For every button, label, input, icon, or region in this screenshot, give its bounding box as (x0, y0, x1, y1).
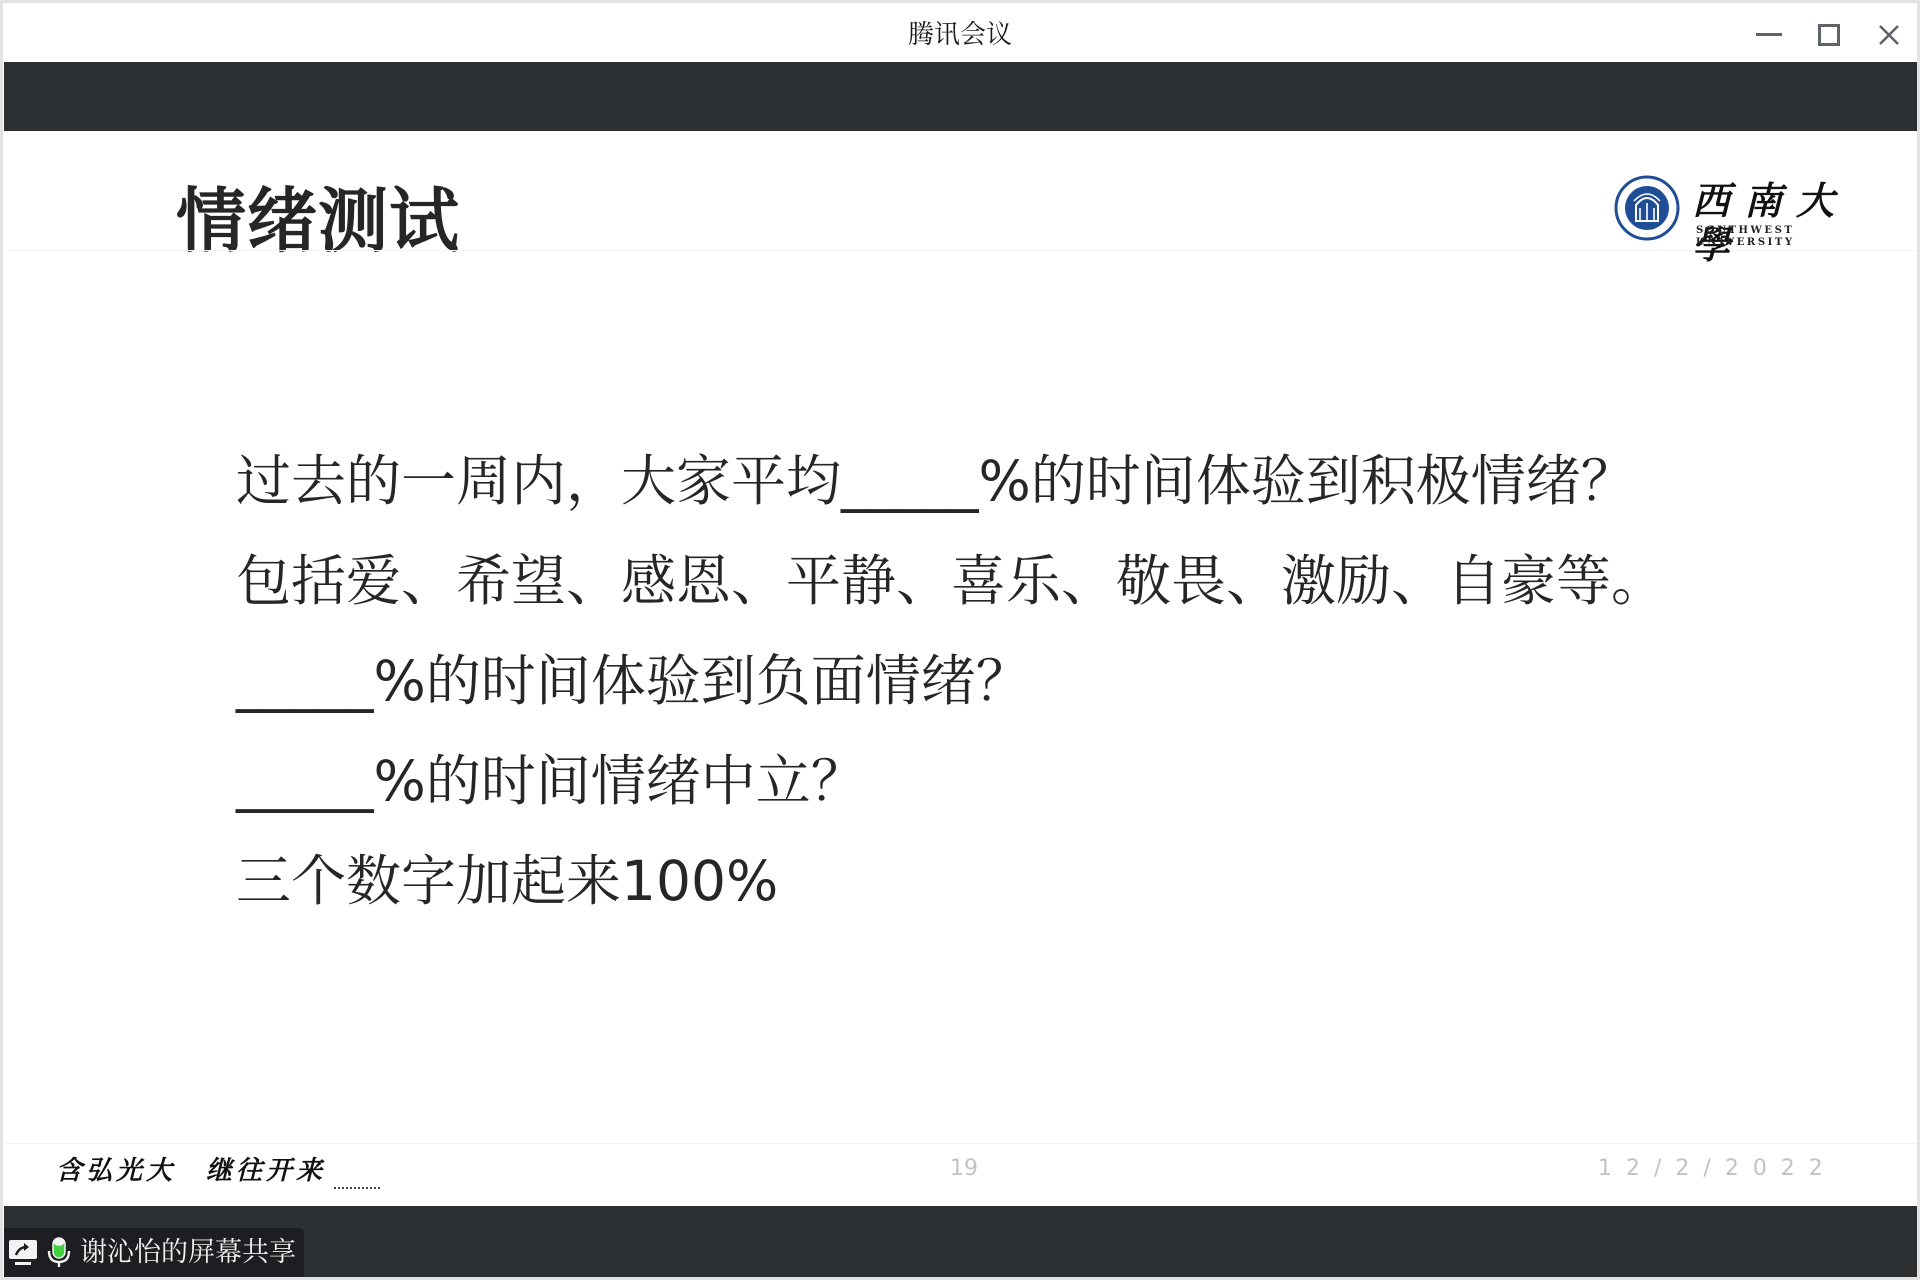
question-neutral: _____%的时间情绪中立？ (236, 731, 1666, 831)
university-emblem-icon (1614, 175, 1680, 245)
motto-text: 含弘光大 继往开来 (56, 1156, 326, 1186)
screen-share-label: 谢沁怡的屏幕共享 (80, 1236, 296, 1270)
screen-share-badge[interactable]: 谢沁怡的屏幕共享 (4, 1228, 304, 1277)
sum-note: 三个数字加起来100% (236, 831, 1666, 931)
screen-share-icon (8, 1238, 38, 1268)
question-negative: _____%的时间体验到负面情绪？ (236, 631, 1666, 731)
slide-page-number: 19 (950, 1155, 978, 1183)
positive-examples: 包括爱、希望、感恩、平静、喜乐、敬畏、激励、自豪等。 (236, 531, 1666, 631)
slide-body: 过去的一周内，大家平均_____%的时间体验到积极情绪？ 包括爱、希望、感恩、平… (236, 431, 1666, 931)
minimize-icon (1756, 33, 1782, 37)
university-logo: 西南大學 SOUTHWEST UNIVERSITY (1614, 175, 1884, 247)
app-title: 腾讯会议 (3, 18, 1917, 52)
footer-divider (4, 1143, 1917, 1144)
question-positive: 过去的一周内，大家平均_____%的时间体验到积极情绪？ (236, 431, 1666, 531)
university-motto: 含弘光大 继往开来 (56, 1151, 380, 1191)
university-name-cn: 西南大學 (1692, 179, 1884, 267)
minimize-button[interactable] (1749, 17, 1789, 53)
close-icon (1879, 25, 1899, 45)
maximize-icon (1818, 24, 1840, 46)
microphone-icon (46, 1237, 72, 1269)
meeting-top-toolbar (4, 62, 1917, 131)
title-divider (4, 250, 1917, 251)
signature-mark (334, 1181, 380, 1189)
slide-date: 12/2/2022 (1598, 1155, 1837, 1183)
shared-slide: 情绪测试 西南大學 SOUTHWEST UNIVERSITY 过去的一周内，大家… (4, 131, 1917, 1206)
tencent-meeting-window: 腾讯会议 情绪测试 (0, 0, 1920, 1280)
maximize-button[interactable] (1809, 17, 1849, 53)
university-name-en: SOUTHWEST UNIVERSITY (1696, 225, 1884, 249)
title-bar[interactable]: 腾讯会议 (3, 3, 1917, 62)
close-button[interactable] (1869, 17, 1909, 53)
